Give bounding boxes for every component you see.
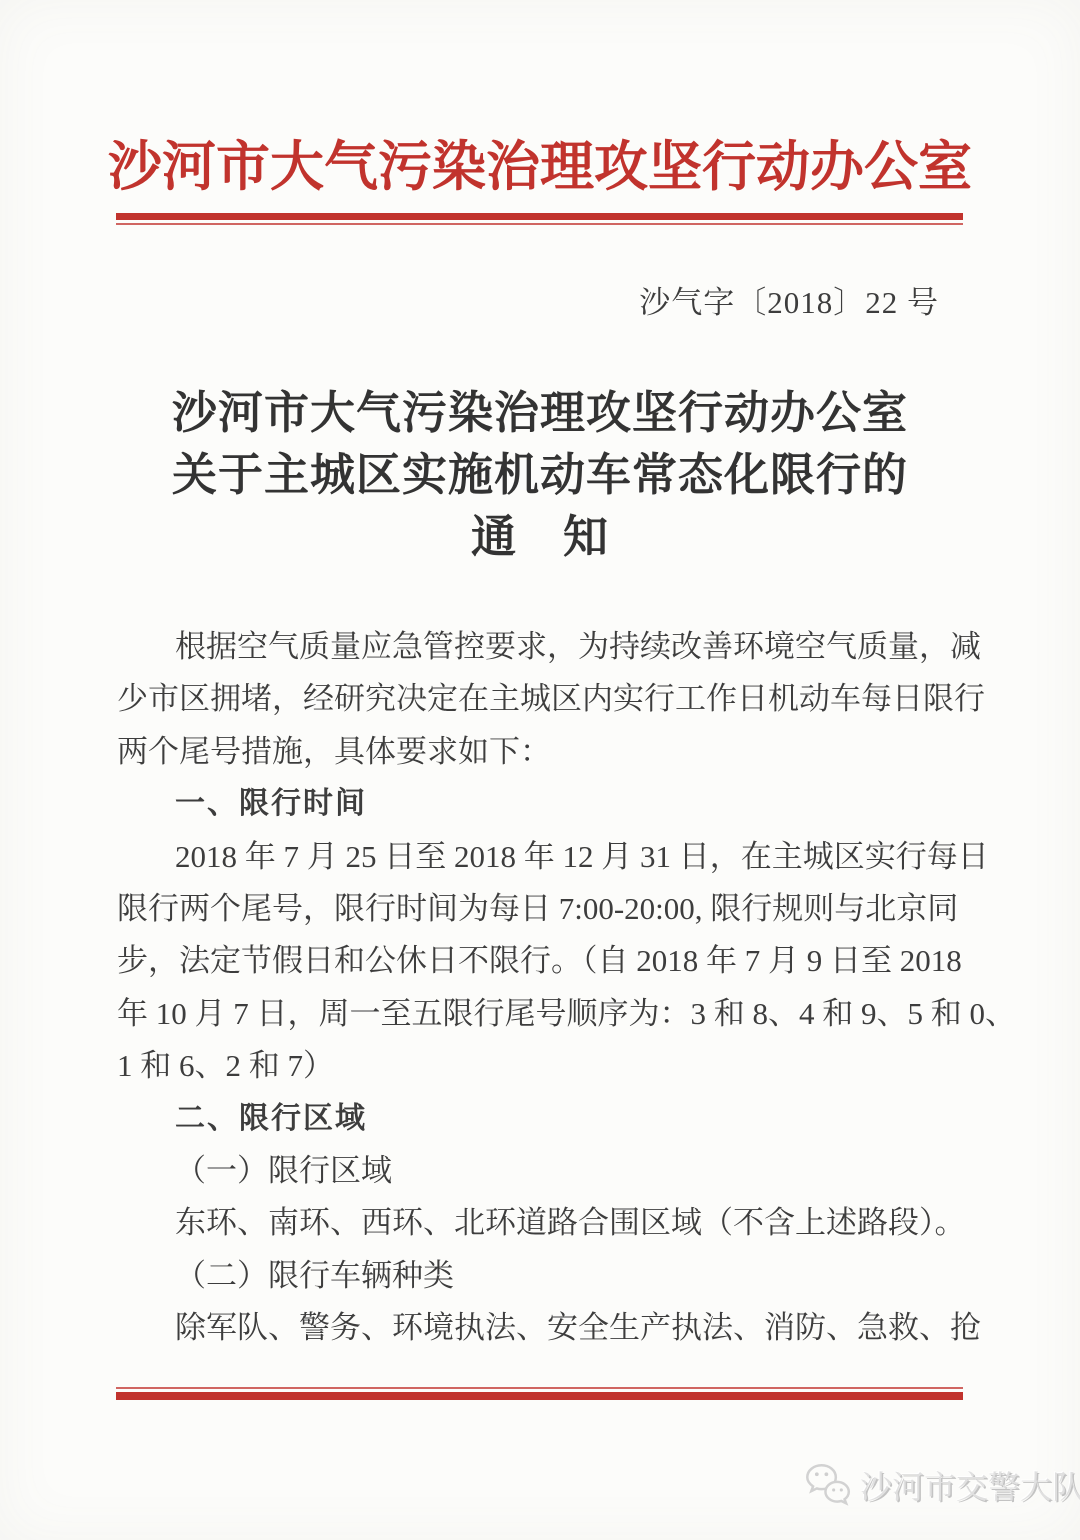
body-line: 根据空气质量应急管控要求，为持续改善环境空气质量，减	[117, 621, 963, 673]
letterhead-rule-thin	[116, 223, 963, 225]
watermark-text: 沙河市交警大队	[860, 1462, 1080, 1508]
footer-rule-thick	[116, 1392, 963, 1400]
body-line: 东环、南环、西环、北环道路合围区域（不含上述路段）。	[117, 1197, 963, 1249]
notice-title-line: 沙河市大气污染治理攻坚行动办公室	[0, 382, 1080, 444]
body-line: （一）限行区域	[117, 1145, 963, 1197]
letterhead-title: 沙河市大气污染治理攻坚行动办公室	[0, 124, 1080, 201]
body-line: 步，法定节假日和公休日不限行。（自 2018 年 7 月 9 日至 2018	[117, 935, 963, 987]
body-line: 年 10 月 7 日，周一至五限行尾号顺序为：3 和 8、4 和 9、5 和 0…	[117, 988, 963, 1040]
document-body: 根据空气质量应急管控要求，为持续改善环境空气质量，减 少市区拥堵，经研究决定在主…	[117, 621, 963, 1354]
wechat-icon	[800, 1458, 854, 1512]
body-line: 两个尾号措施，具体要求如下：	[117, 726, 963, 778]
body-line: 一、限行时间	[117, 778, 963, 830]
body-line: （二）限行车辆种类	[117, 1250, 963, 1302]
body-line: 除军队、警务、环境执法、安全生产执法、消防、急救、抢	[117, 1302, 963, 1354]
body-line: 2018 年 7 月 25 日至 2018 年 12 月 31 日，在主城区实行…	[117, 831, 963, 883]
body-line: 1 和 6、2 和 7）	[117, 1040, 963, 1092]
document-page: 沙河市大气污染治理攻坚行动办公室 沙气字〔2018〕22 号 沙河市大气污染治理…	[0, 0, 1080, 1540]
letterhead-rule	[116, 213, 963, 225]
footer-watermark: 沙河市交警大队	[800, 1458, 1080, 1512]
notice-title-line: 通 知	[0, 506, 1080, 568]
body-line: 限行两个尾号，限行时间为每日 7:00-20:00, 限行规则与北京同	[117, 883, 963, 935]
footer-rule-thin	[116, 1387, 963, 1389]
body-line: 少市区拥堵，经研究决定在主城区内实行工作日机动车每日限行	[117, 673, 963, 725]
letterhead-rule-thick	[116, 213, 963, 220]
footer-rule	[116, 1387, 963, 1400]
notice-title: 沙河市大气污染治理攻坚行动办公室 关于主城区实施机动车常态化限行的 通 知	[0, 382, 1080, 568]
doc-number: 沙气字〔2018〕22 号	[639, 277, 939, 322]
notice-title-line: 关于主城区实施机动车常态化限行的	[0, 444, 1080, 506]
body-line: 二、限行区域	[117, 1093, 963, 1145]
